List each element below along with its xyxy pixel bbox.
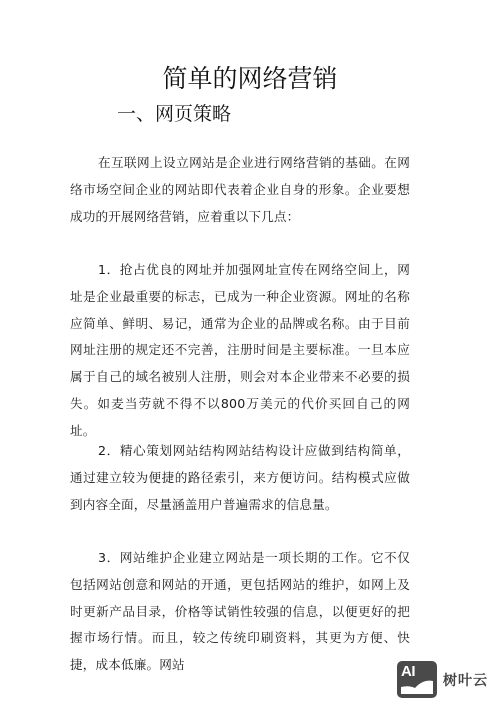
ai-image-icon: AI [397, 661, 437, 698]
paragraph-point-1: 1．抢占优良的网址并加强网址宣传在网络空间上，网址是企业最重要的标志，已成为一种… [70, 257, 410, 445]
watermark-logo: AI 树叶云 [397, 661, 488, 698]
document-title: 简单的网络营销 [0, 62, 500, 96]
watermark-brand: 树叶云 [443, 670, 488, 690]
section-heading: 一、网页策略 [117, 100, 231, 128]
mountain-icon [397, 661, 437, 698]
paragraph-intro: 在互联网上设立网站是企业进行网络营销的基础。在网络市场空间企业的网站即代表着企业… [70, 150, 410, 230]
paragraph-point-3: 3．网站维护企业建立网站是一项长期的工作。它不仅包括网站创意和网站的开通，更包括… [70, 545, 410, 679]
paragraph-point-2: 2．精心策划网站结构网站结构设计应做到结构简单，通过建立较为便捷的路径索引，来方… [70, 438, 410, 518]
